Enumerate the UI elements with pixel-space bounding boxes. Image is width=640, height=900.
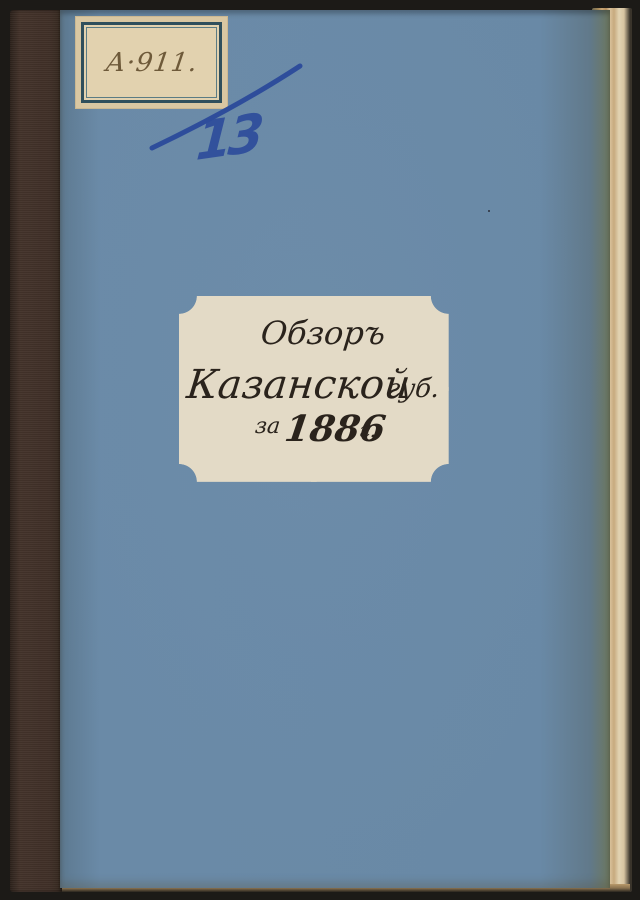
title-label: Обзоръ Казанской губ. за 1886 г. — [179, 296, 449, 482]
title-line-2: Казанской — [185, 362, 413, 408]
title-year-suffix: г. — [358, 418, 379, 443]
book-spine — [10, 10, 62, 892]
title-abbreviation: губ. — [385, 374, 441, 404]
book-scan: А·911. 13 Обзоръ Казанской губ. за 1886 … — [0, 0, 640, 900]
title-line-3-prefix: за — [254, 414, 282, 439]
pencil-number: 13 — [194, 103, 262, 173]
cover-speck — [488, 210, 490, 212]
title-line-1: Обзоръ — [259, 314, 387, 352]
